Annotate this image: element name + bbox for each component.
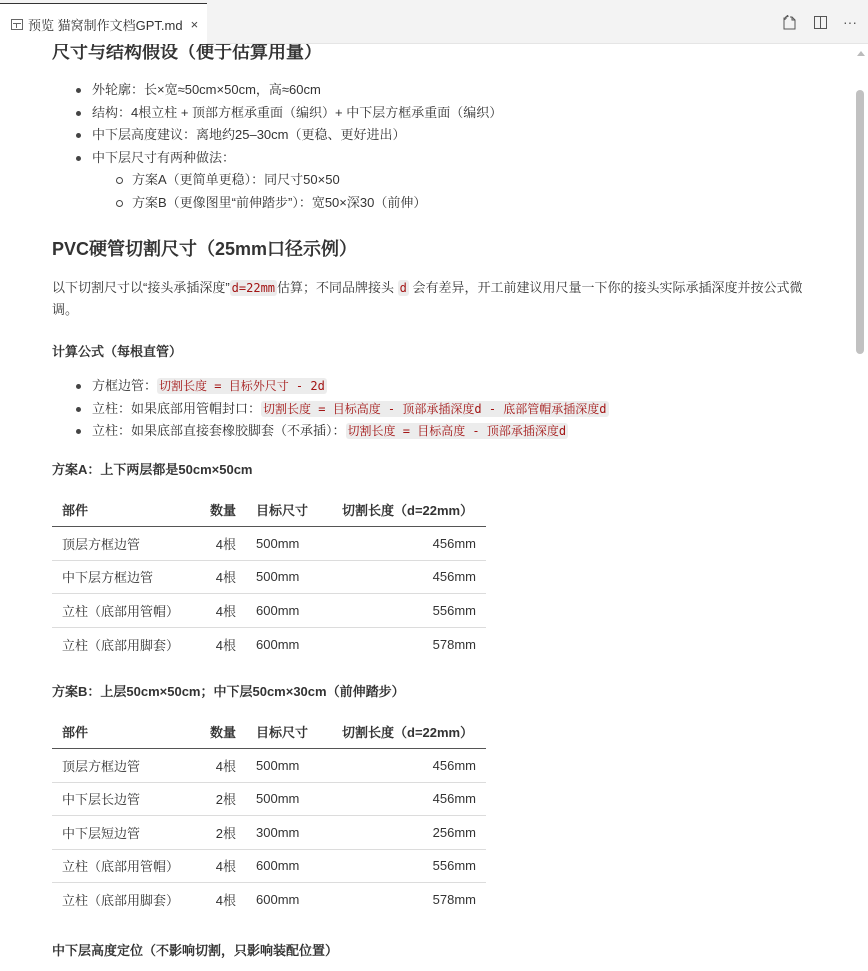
close-tab-icon[interactable]: ×	[191, 17, 199, 32]
formula-code: 切割长度 = 目标外尺寸 - 2d	[157, 378, 327, 394]
list-item: 外轮廓：长×宽≈50cm×50cm，高≈60cm	[52, 79, 822, 102]
inline-code: d	[398, 280, 409, 296]
table-row: 中下层短边管2根300mm256mm	[52, 816, 486, 850]
table-row: 立柱（底部用脚套）4根600mm578mm	[52, 883, 486, 917]
list-item: 中下层高度建议：离地约25–30cm（更稳、更好进出）	[52, 124, 822, 147]
vertical-scrollbar[interactable]	[853, 44, 868, 971]
formula-code: 切割长度 = 目标高度 - 顶部承插深度d	[346, 423, 569, 439]
formula-item: 立柱：如果底部用管帽封口：切割长度 = 目标高度 - 顶部承插深度d - 底部管…	[52, 398, 822, 421]
table-row: 立柱（底部用管帽）4根600mm556mm	[52, 594, 486, 628]
table-header-row: 部件 数量 目标尺寸 切割长度（d=22mm）	[52, 715, 486, 749]
intro-paragraph: 以下切割尺寸以“接头承插深度”d=22mm估算；不同品牌接头 d 会有差异，开工…	[52, 277, 822, 321]
scrollbar-thumb[interactable]	[856, 90, 864, 354]
table-row: 顶层方框边管4根500mm456mm	[52, 527, 486, 561]
section-heading-height: 中下层高度定位（不影响切割，只影响装配位置）	[52, 940, 822, 962]
editor-tab-bar: 预览 猫窝制作文档GPT.md × ···	[0, 0, 868, 44]
plan-b-table: 部件 数量 目标尺寸 切割长度（d=22mm） 顶层方框边管4根500mm456…	[52, 715, 486, 917]
more-actions-icon[interactable]: ···	[842, 14, 858, 30]
list-item: 中下层尺寸有两种做法： 方案A（更简单更稳）：同尺寸50×50 方案B（更像图里…	[52, 147, 822, 215]
formula-heading: 计算公式（每根直管）	[52, 341, 822, 363]
section-heading-structure: 尺寸与结构假设（便于估算用量）	[52, 44, 822, 68]
formula-item: 方框边管：切割长度 = 目标外尺寸 - 2d	[52, 375, 822, 398]
scroll-up-arrow-icon[interactable]	[857, 51, 865, 56]
preview-tab[interactable]: 预览 猫窝制作文档GPT.md ×	[0, 3, 207, 44]
formula-list: 方框边管：切割长度 = 目标外尺寸 - 2d 立柱：如果底部用管帽封口：切割长度…	[52, 375, 822, 443]
preview-icon	[11, 19, 23, 30]
editor-actions: ···	[782, 14, 858, 30]
list-item: 结构：4根立柱 + 顶部方框承重面（编织）+ 中下层方框承重面（编织）	[52, 102, 822, 125]
tab-title: 预览 猫窝制作文档GPT.md	[28, 15, 183, 34]
table-row: 立柱（底部用脚套）4根600mm578mm	[52, 627, 486, 661]
table-row: 立柱（底部用管帽）4根600mm556mm	[52, 849, 486, 883]
structure-list: 外轮廓：长×宽≈50cm×50cm，高≈60cm 结构：4根立柱 + 顶部方框承…	[52, 79, 822, 214]
open-source-icon[interactable]	[782, 14, 798, 30]
table-row: 顶层方框边管4根500mm456mm	[52, 749, 486, 783]
formula-item: 立柱：如果底部直接套橡胶脚套（不承插）：切割长度 = 目标高度 - 顶部承插深度…	[52, 420, 822, 443]
split-editor-icon[interactable]	[812, 14, 828, 30]
plan-a-heading: 方案A：上下两层都是50cm×50cm	[52, 459, 822, 481]
section-heading-cutting: PVC硬管切割尺寸（25mm口径示例）	[52, 235, 822, 263]
markdown-preview: 尺寸与结构假设（便于估算用量） 外轮廓：长×宽≈50cm×50cm，高≈60cm…	[0, 44, 853, 971]
table-row: 中下层长边管2根500mm456mm	[52, 782, 486, 816]
inline-code: d=22mm	[230, 280, 277, 296]
plan-b-heading: 方案B：上层50cm×50cm；中下层50cm×30cm（前伸踏步）	[52, 681, 822, 703]
sub-list-item: 方案A（更简单更稳）：同尺寸50×50	[92, 169, 822, 192]
plan-a-table: 部件 数量 目标尺寸 切割长度（d=22mm） 顶层方框边管4根500mm456…	[52, 493, 486, 661]
sub-list-item: 方案B（更像图里“前伸踏步”）：宽50×深30（前伸）	[92, 192, 822, 215]
table-header-row: 部件 数量 目标尺寸 切割长度（d=22mm）	[52, 493, 486, 527]
formula-code: 切割长度 = 目标高度 - 顶部承插深度d - 底部管帽承插深度d	[261, 401, 608, 417]
table-row: 中下层方框边管4根500mm456mm	[52, 560, 486, 594]
sub-list: 方案A（更简单更稳）：同尺寸50×50 方案B（更像图里“前伸踏步”）：宽50×…	[92, 169, 822, 214]
